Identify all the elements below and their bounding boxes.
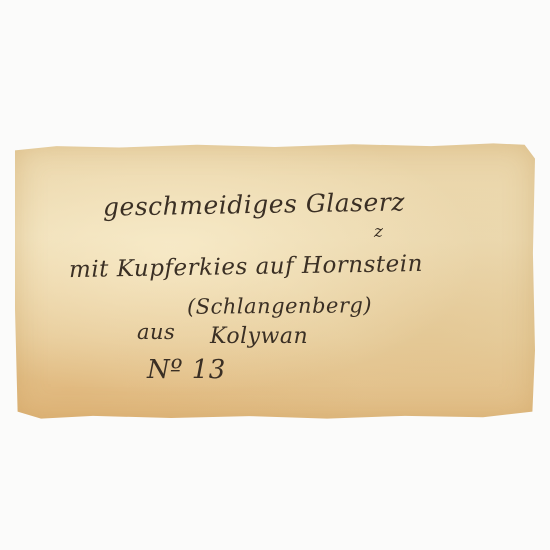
label-line-mineral-mark: z [374, 222, 383, 242]
label-line-locality: Kolywan [210, 324, 308, 349]
label-line-mine: (Schlangenberg) [187, 293, 372, 319]
label-line-number: Nº 13 [147, 355, 226, 385]
label-line-mineral-name: geschmeidiges Glaserz [103, 187, 405, 221]
label-line-from: aus [137, 320, 175, 344]
